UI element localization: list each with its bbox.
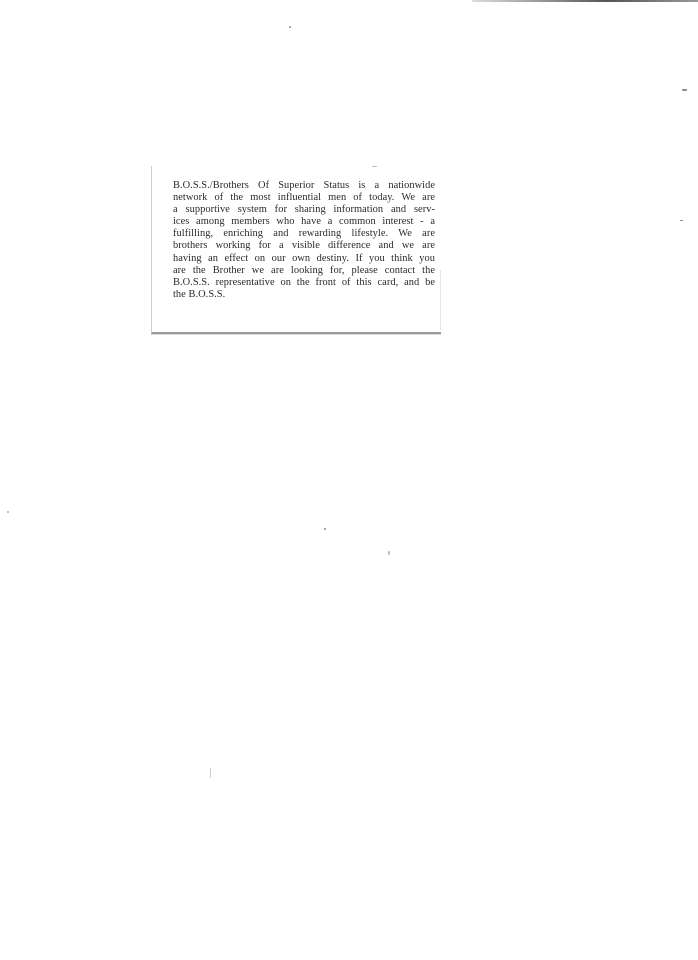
card-text-line: the B.O.S.S. [173,289,435,301]
card-right-edge [440,270,441,330]
card-text-line: brothers working for a visible differenc… [173,240,435,252]
scan-speck [682,89,687,91]
scan-speck [210,768,211,778]
scan-speck [289,26,291,28]
card-text-line: a supportive system for sharing informat… [173,204,435,216]
card-text-line: ices among members who have a common int… [173,216,435,228]
card-text-line: B.O.S.S. representative on the front of … [173,277,435,289]
scan-speck [324,528,326,530]
card-text-line: are the Brother we are looking for, plea… [173,265,435,277]
business-card: B.O.S.S./Brothers Of Superior Status is … [151,166,441,334]
card-text-line: having an effect on our own destiny. If … [173,253,435,265]
card-text-line: B.O.S.S./Brothers Of Superior Status is … [173,180,435,192]
card-text-line: network of the most influential men of t… [173,192,435,204]
card-text-line: fulfilling, enriching and rewarding life… [173,228,435,240]
scan-top-edge-shadow [472,0,698,2]
card-body-text: B.O.S.S./Brothers Of Superior Status is … [173,180,435,301]
scan-speck [680,220,683,221]
scan-speck [7,511,9,513]
scan-speck [388,551,390,555]
